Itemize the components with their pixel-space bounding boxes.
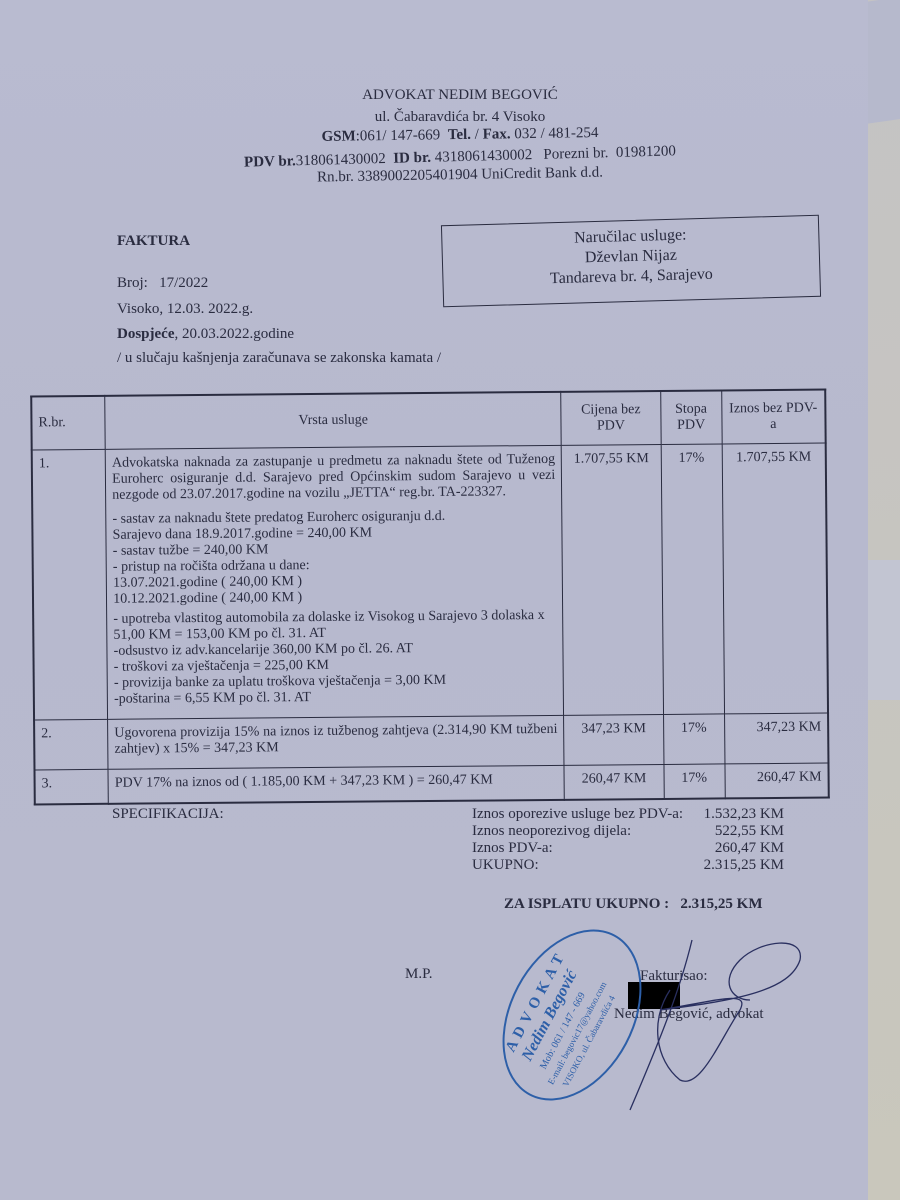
summary-value: 260,47 KM [715, 840, 784, 857]
summary-label: Iznos oporezive usluge bez PDV-a: [472, 806, 683, 823]
summary-row: Iznos neoporezivog dijela:522,55 KM [472, 823, 784, 840]
specification-label: SPECIFIKACIJA: [112, 806, 224, 823]
summary-label: UKUPNO: [472, 857, 539, 874]
row-price: 347,23 KM [564, 714, 664, 765]
summary-row: Iznos PDV-a:260,47 KM [472, 840, 784, 857]
invoice-document: ADVOKAT NEDIM BEGOVIĆ ul. Čabaravdića br… [0, 0, 868, 1200]
header-no: R.br. [31, 396, 105, 450]
handwritten-signature [600, 930, 820, 1130]
invoice-items-table: R.br. Vrsta usluge Cijena bez PDV Stopa … [30, 389, 830, 805]
grand-total-label: ZA ISPLATU UKUPNO : [504, 896, 669, 912]
invoice-title: FAKTURA [117, 233, 190, 250]
mp-seal-label: M.P. [405, 966, 433, 983]
id-label: ID br. [393, 150, 431, 167]
row-no: 1. [32, 449, 108, 720]
row-description-details: - sastav za naknadu štete predatog Euroh… [112, 508, 557, 708]
table-row: 3. PDV 17% na iznos od ( 1.185,00 KM + 3… [34, 763, 828, 804]
invoice-number-label: Broj: [117, 275, 148, 291]
header-description: Vrsta usluge [105, 392, 562, 449]
tel-label: Tel. [448, 127, 471, 143]
due-label: Dospjeće [117, 326, 174, 342]
row-description: Advokatska naknada za zastupanje u predm… [105, 445, 563, 719]
row-rate: 17% [663, 714, 725, 765]
row-amount: 1.707,55 KM [722, 443, 828, 714]
row-description-main: Advokatska naknada za zastupanje u predm… [112, 452, 556, 504]
table-row: 1. Advokatska naknada za zastupanje u pr… [32, 443, 828, 720]
row-description: Ugovorena provizija 15% na iznos iz tužb… [108, 715, 565, 769]
tel-fax-value: 032 / 481-254 [514, 125, 598, 142]
due-value: , 20.03.2022.godine [174, 326, 294, 342]
invoice-place-date: Visoko, 12.03. 2022.g. [117, 301, 253, 318]
row-description: PDV 17% na iznos od ( 1.185,00 KM + 347,… [108, 765, 564, 803]
summary-label: Iznos neoporezivog dijela: [472, 823, 631, 840]
invoice-number-value: 17/2022 [159, 275, 208, 291]
invoice-number: Broj: 17/2022 [117, 275, 208, 292]
grand-total-value: 2.315,25 KM [680, 896, 762, 912]
summary-label: Iznos PDV-a: [472, 840, 553, 857]
row-detail-line: 10.12.2021.godine ( 240,00 KM ) [113, 588, 556, 608]
row-amount: 347,23 KM [724, 713, 828, 764]
invoice-due-date: Dospjeće, 20.03.2022.godine [117, 326, 294, 343]
row-no: 2. [34, 719, 108, 770]
tax-value: 01981200 [616, 143, 676, 161]
tax-label: Porezni br. [543, 145, 608, 163]
grand-total: ZA ISPLATU UKUPNO : 2.315,25 KM [504, 896, 762, 913]
header-price: Cijena bez PDV [561, 391, 661, 445]
header-amount: Iznos bez PDV-a [721, 390, 825, 444]
firm-name: ADVOKAT NEDIM BEGOVIĆ [160, 86, 760, 104]
summary-value: 522,55 KM [715, 823, 784, 840]
late-payment-note: / u slučaju kašnjenja zaračunava se zako… [117, 350, 441, 367]
summary-value: 1.532,23 KM [704, 806, 784, 823]
row-rate: 17% [664, 764, 725, 799]
row-rate: 17% [661, 444, 724, 715]
specification-summary: Iznos oporezive usluge bez PDV-a:1.532,2… [472, 806, 784, 874]
summary-row: UKUPNO:2.315,25 KM [472, 857, 784, 874]
id-value: 4318061430002 [435, 147, 533, 166]
summary-value: 2.315,25 KM [704, 857, 784, 874]
summary-row: Iznos oporezive usluge bez PDV-a:1.532,2… [472, 806, 784, 823]
background-paper [866, 560, 900, 700]
fax-label: Fax. [483, 126, 511, 142]
row-price: 260,47 KM [564, 764, 664, 799]
table-row: 2. Ugovorena provizija 15% na iznos iz t… [34, 713, 828, 770]
gsm-value: :061/ 147-669 [356, 127, 441, 144]
table-header-row: R.br. Vrsta usluge Cijena bez PDV Stopa … [31, 390, 825, 450]
row-price: 1.707,55 KM [561, 444, 663, 715]
header-rate: Stopa PDV [660, 390, 722, 444]
row-no: 3. [34, 769, 108, 804]
row-amount: 260,47 KM [725, 763, 829, 798]
gsm-label: GSM [321, 128, 355, 144]
customer-box: Naručilac usluge: Dževlan Nijaz Tandarev… [441, 215, 821, 308]
row-detail-line: -poštarina = 6,55 KM po čl. 31. AT [114, 688, 557, 708]
